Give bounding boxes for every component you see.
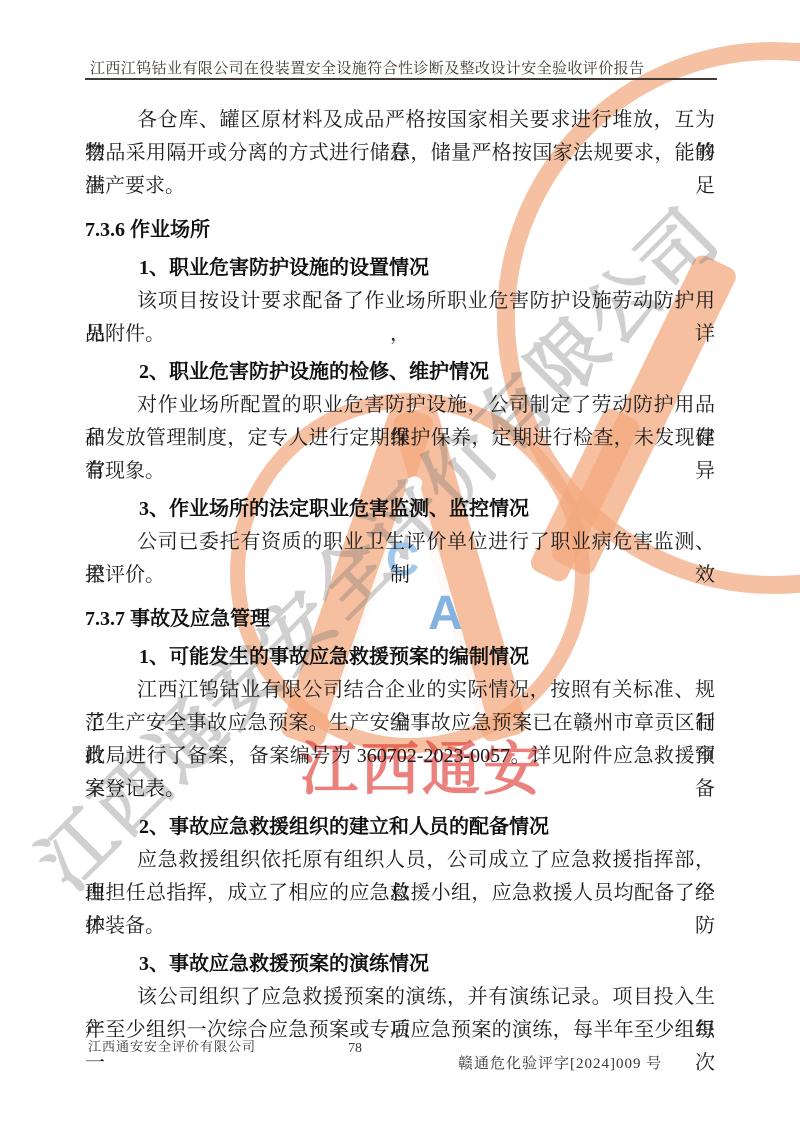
section-heading: 7.3.6 作业场所: [85, 214, 715, 247]
body-line: 批局进行了备案，备案编号为 360702-2023-0057。详见附件应急救援预…: [85, 740, 715, 773]
body-line: 了生产安全事故应急预案。生产安全事故应急预案已在赣州市章贡区行政审: [85, 707, 715, 740]
sub-heading: 2、职业危害防护设施的检修、维护情况: [85, 356, 715, 389]
body-line: 应急救援组织依托原有组织人员，公司成立了应急救援指挥部，由总经: [85, 844, 715, 877]
body-line: 江西江钨钴业有限公司结合企业的实际情况，按照有关标准、规范编制: [85, 674, 715, 707]
document-body: 各仓库、罐区原材料及成品严格按国家相关要求进行堆放，互为禁忌的物品采用隔开或分离…: [85, 104, 715, 1047]
body-line: 各仓库、罐区原材料及成品严格按国家相关要求进行堆放，互为禁忌的: [85, 104, 715, 137]
sub-heading: 1、职业危害防护设施的设置情况: [85, 252, 715, 285]
body-line: 品发放管理制度，定专人进行定期维护保养，定期进行检查，未发现存有异: [85, 422, 715, 455]
sub-heading: 3、作业场所的法定职业危害监测、监控情况: [85, 493, 715, 526]
sub-heading: 2、事故应急救援组织的建立和人员的配备情况: [85, 811, 715, 844]
body-line: 理担任总指挥，成立了相应的应急救援小组，应急救援人员均配备了个体防: [85, 877, 715, 910]
body-line: 对作业场所配置的职业危害防护设施，公司制定了劳动防护用品和保健: [85, 389, 715, 422]
body-line: 物品采用隔开或分离的方式进行储存，储量严格按国家法规要求，能够满足: [85, 137, 715, 170]
body-line: 该公司组织了应急救援预案的演练，并有演练记录。项目投入生产后每: [85, 981, 715, 1014]
body-line: 该项目按设计要求配备了作业场所职业危害防护设施劳动防护用品，详: [85, 285, 715, 318]
header-rule: [85, 78, 717, 80]
body-line: 年至少组织一次综合应急预案或专项应急预案的演练，每半年至少组织一次: [85, 1014, 715, 1047]
section-heading: 7.3.7 事故及应急管理: [85, 603, 715, 636]
page-header: 江西江钨钴业有限公司在役装置安全设施符合性诊断及整改设计安全验收评价报告: [85, 57, 717, 78]
report-page: 江西通安安全评价有限公司 C A 江西通安 江西江钨钴业有限公司在役装置安全设施…: [0, 0, 800, 1131]
sub-heading: 1、可能发生的事故应急救援预案的编制情况: [85, 641, 715, 674]
sub-heading: 3、事故应急救援预案的演练情况: [85, 948, 715, 981]
body-line: 公司已委托有资质的职业卫生评价单位进行了职业病危害监测、控制效: [85, 526, 715, 559]
header-title: 江西江钨钴业有限公司在役装置安全设施符合性诊断及整改设计安全验收评价报告: [85, 57, 717, 78]
